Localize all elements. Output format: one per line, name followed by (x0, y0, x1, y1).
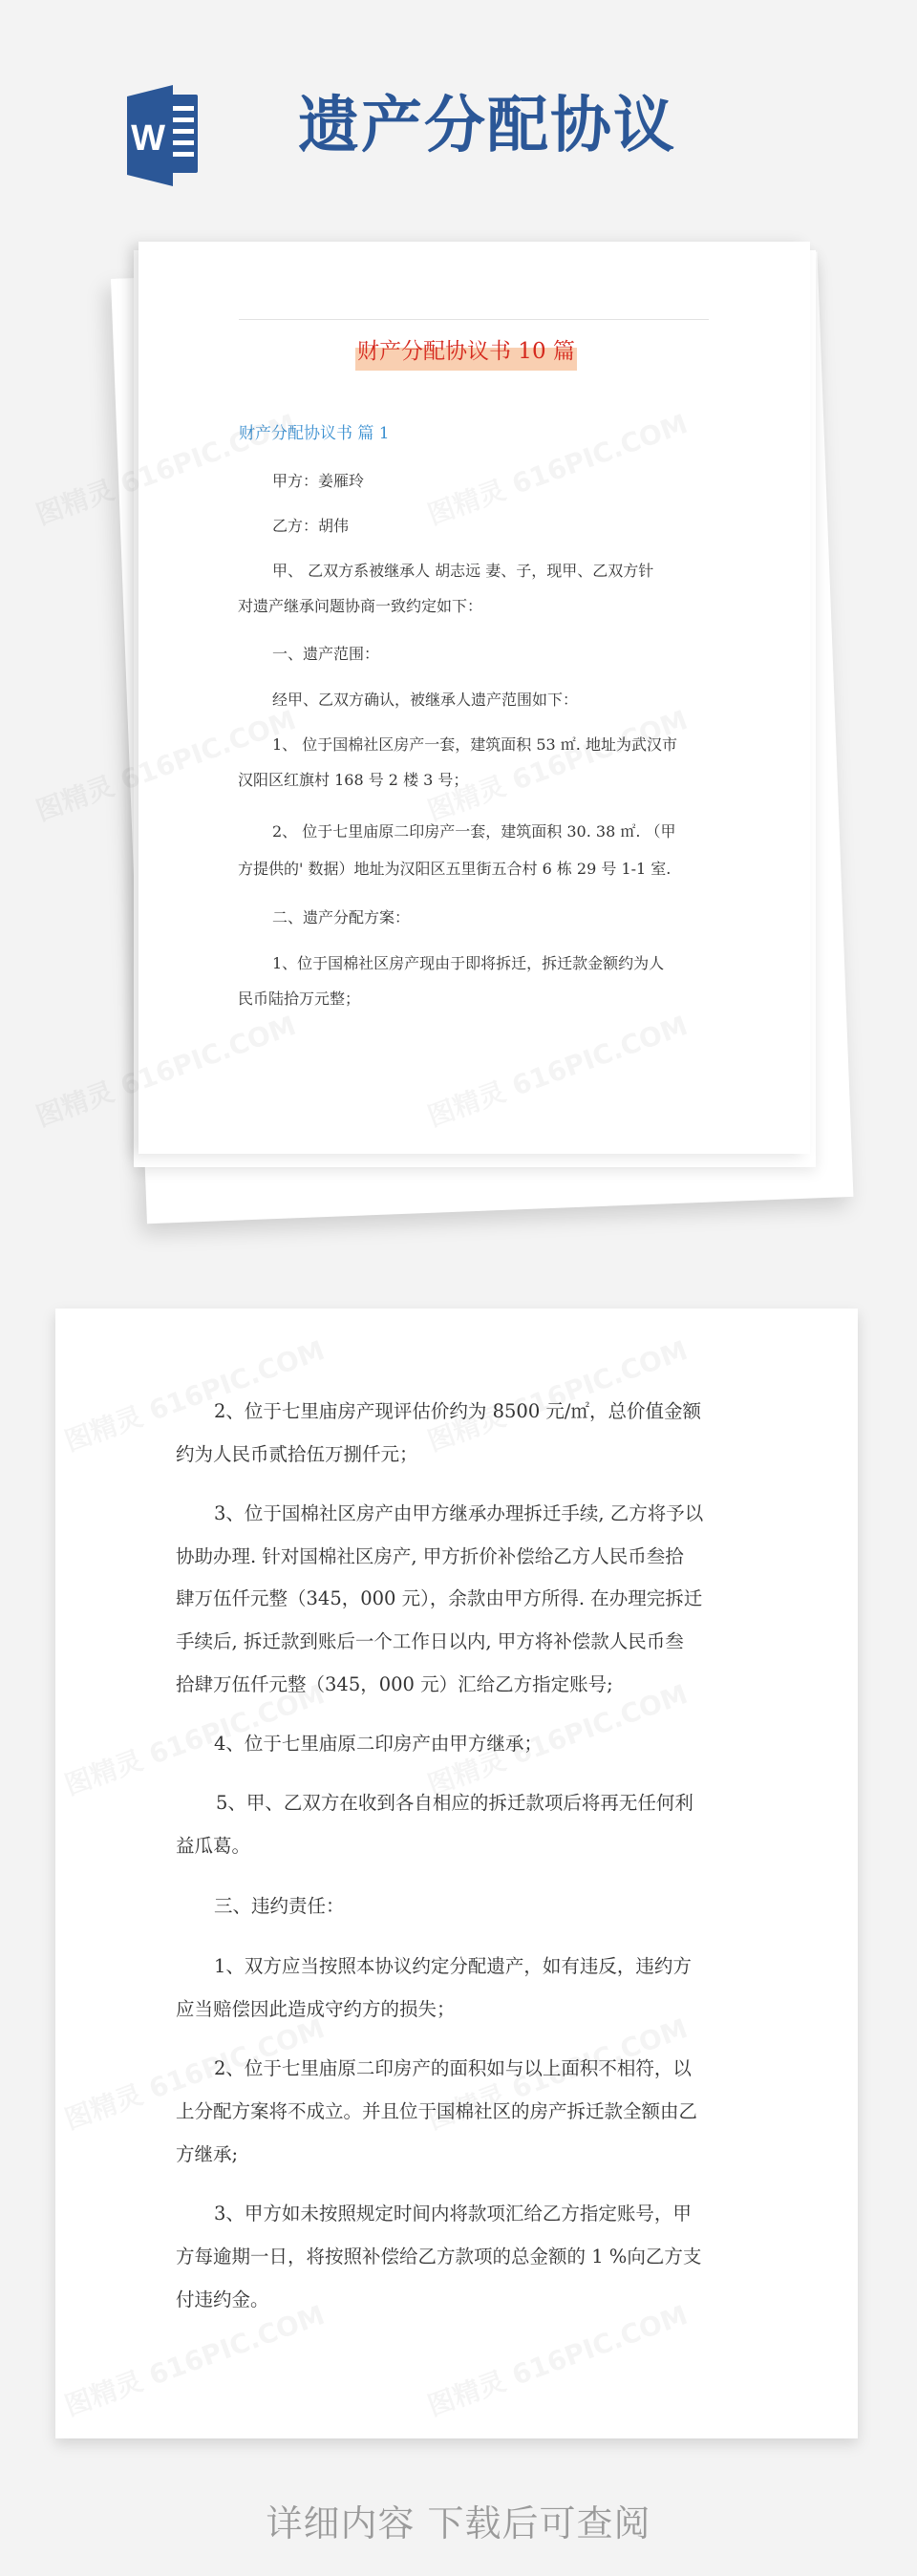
document-page-2: 2、位于七里庙房产现评估价约为 8500 元/㎡，总价值金额 约为人民币贰拾伍万… (55, 1309, 858, 2438)
paragraph-line: 经甲、乙双方确认，被继承人遗产范围如下： (272, 689, 578, 712)
paragraph-line: 付违约金。 (176, 2287, 269, 2313)
paragraph-line: 2、位于七里庙原二印房产的面积如与以上面积不相符，以 (214, 2055, 692, 2082)
clause-heading: 三、违约责任： (214, 1893, 345, 1920)
paragraph-line: 2、位于七里庙房产现评估价约为 8500 元/㎡，总价值金额 (214, 1398, 701, 1425)
paragraph-line: 益瓜葛。 (176, 1833, 250, 1860)
paragraph-line: 方每逾期一日，将按照补偿给乙方款项的总金额的 1 %向乙方支 (176, 2244, 701, 2270)
party-a-line: 甲方：姜雁玲 (272, 470, 364, 493)
download-hint: 详细内容 下载后可查阅 (0, 2500, 917, 2547)
clause-heading: 一、遗产范围： (272, 643, 379, 666)
paragraph-line: 方提供的' 数据）地址为汉阳区五里街五合村 6 栋 29 号 1-1 室. (238, 858, 671, 881)
paragraph-line: 4、位于七里庙原二印房产由甲方继承； (214, 1731, 543, 1757)
paragraph-line: 汉阳区红旗村 168 号 2 楼 3 号； (238, 769, 468, 792)
paragraph-line: 1、双方应当按照本协议约定分配遗产，如有违反，违约方 (214, 1953, 692, 1980)
page-title: 遗产分配协议 (298, 88, 676, 164)
paragraph-line: 甲、 乙双方系被继承人 胡志远 妻、子，现甲、乙双方针 (272, 560, 653, 583)
paragraph-line: 拾肆万伍仟元整（345，000 元）汇给乙方指定账号; (176, 1671, 613, 1698)
header: W 遗产分配协议 (0, 0, 917, 220)
paragraph-line: 民币陆拾万元整； (238, 988, 360, 1011)
paragraph-line: 2、 位于七里庙原二印房产一套，建筑面积 30. 38 ㎡. （甲 (272, 820, 676, 843)
paragraph-line: 约为人民币贰拾伍万捌仟元； (176, 1441, 418, 1468)
paragraph-line: 3、甲方如未按照规定时间内将款项汇给乙方指定账号，甲 (214, 2201, 692, 2227)
clause-heading: 二、遗产分配方案： (272, 906, 410, 929)
paragraph-line: 协助办理. 针对国棉社区房产, 甲方折价补偿给乙方人民币叁拾 (176, 1543, 684, 1570)
paragraph-line: 应当赔偿因此造成守约方的损失； (176, 1996, 456, 2023)
paragraph-line: 1、 位于国棉社区房产一套，建筑面积 53 ㎡. 地址为武汉市 (272, 734, 677, 756)
paragraph-line: 手续后, 拆迁款到账后一个工作日以内, 甲方将补偿款人民币叁 (176, 1629, 684, 1655)
section-title: 财产分配协议书 篇 1 (239, 422, 390, 445)
paragraph-line: 方继承; (176, 2141, 238, 2168)
paragraph-line: 肆万伍仟元整（345，000 元），余款由甲方所得. 在办理完拆迁 (176, 1586, 702, 1612)
paragraph-line: 对遗产继承问题协商一致约定如下： (238, 595, 482, 618)
svg-text:W: W (131, 118, 165, 159)
document-heading: 财产分配协议书 10 篇 (355, 334, 577, 371)
party-b-line: 乙方：胡伟 (272, 515, 349, 538)
paragraph-line: 3、位于国棉社区房产由甲方继承办理拆迁手续, 乙方将予以 (214, 1501, 703, 1527)
word-document-icon: W (127, 79, 200, 190)
paragraph-line: 1、位于国棉社区房产现由于即将拆迁，拆迁款金额约为人 (272, 952, 664, 975)
paragraph-line: 5、甲、乙双方在收到各自相应的拆迁款项后将再无任何利 (216, 1790, 693, 1817)
header-rule (239, 319, 709, 320)
paragraph-line: 上分配方案将不成立。并且位于国棉社区的房产拆迁款全额由乙 (176, 2098, 697, 2125)
document-page-1: 财产分配协议书 10 篇 财产分配协议书 篇 1 甲方：姜雁玲 乙方：胡伟 甲、… (139, 242, 810, 1154)
